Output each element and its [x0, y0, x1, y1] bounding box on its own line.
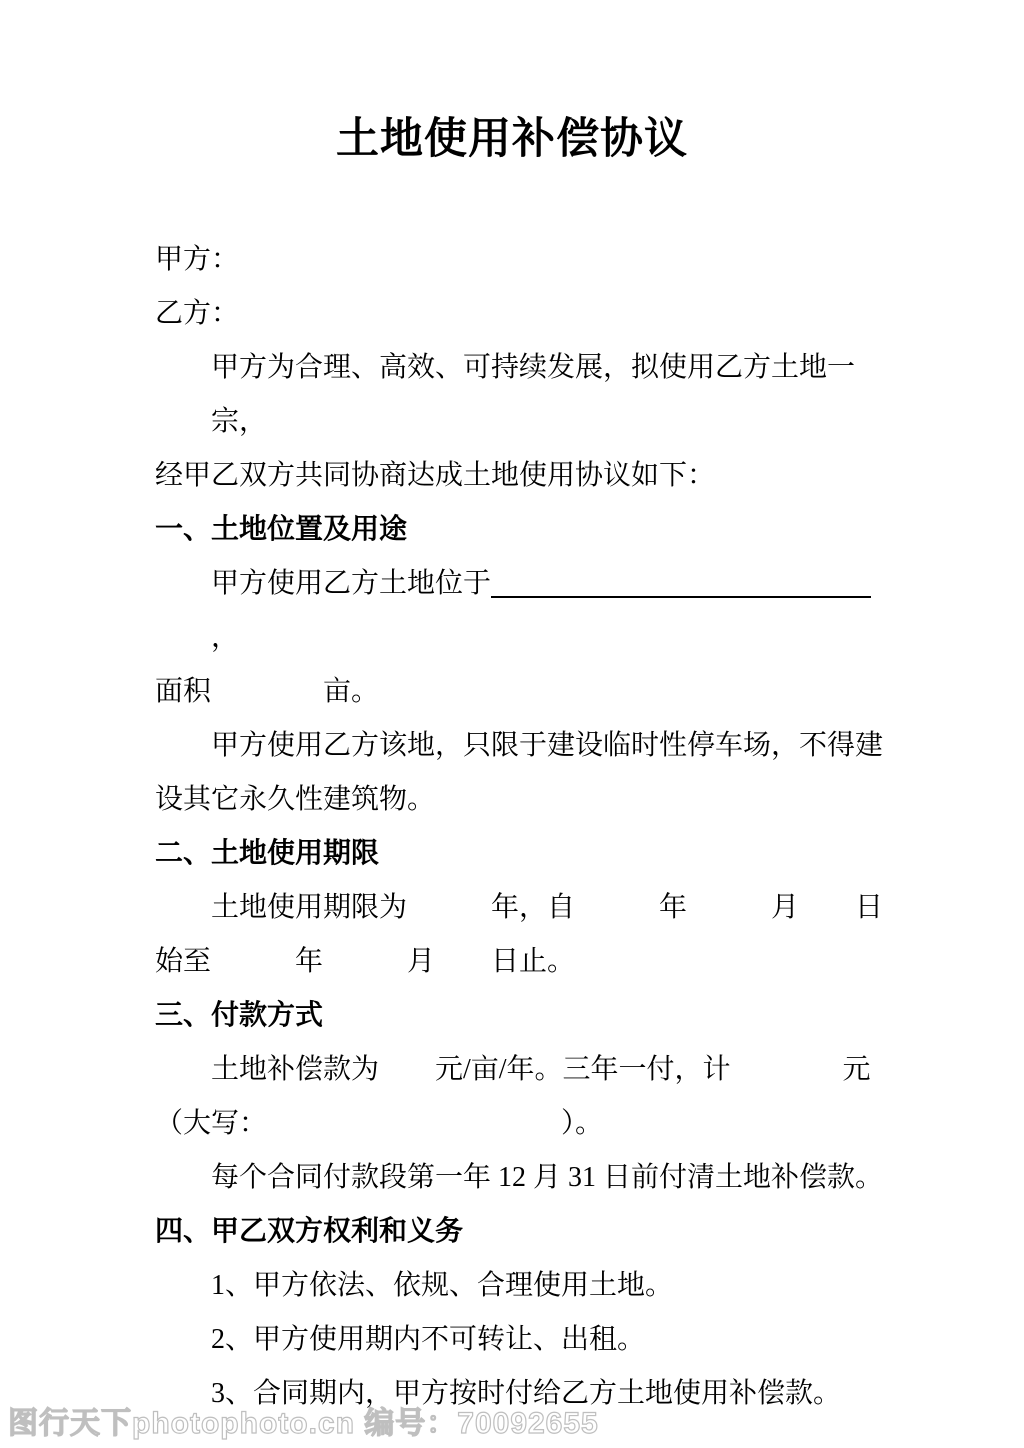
land-area-line: 面积 亩。 [155, 665, 885, 719]
land-use-restriction-line-1: 甲方使用乙方该地，只限于建设临时性停车场，不得建 [155, 719, 885, 773]
term-line-2: 始至 年 月 日止。 [155, 935, 885, 989]
payment-amount-capitals-line: （大写： ）。 [155, 1097, 885, 1151]
land-location-blank-underline [491, 568, 871, 598]
land-location-suffix: ， [211, 622, 239, 653]
section-1-heading: 一、土地位置及用途 [155, 503, 885, 557]
section-4-heading: 四、甲乙双方权利和义务 [155, 1205, 885, 1259]
section-3-heading: 三、付款方式 [155, 989, 885, 1043]
intro-line-1: 甲方为合理、高效、可持续发展，拟使用乙方土地一宗， [155, 341, 885, 449]
document-body: 甲方： 乙方： 甲方为合理、高效、可持续发展，拟使用乙方土地一宗， 经甲乙双方共… [155, 233, 885, 1421]
payment-deadline-line: 每个合同付款段第一年 12 月 31 日前付清土地补偿款。 [155, 1151, 885, 1205]
land-location-prefix: 甲方使用乙方土地位于 [211, 568, 491, 599]
watermark-text: 图行天下photophoto.cn 编号：70092655 [8, 1398, 599, 1442]
obligation-item-1: 1、甲方依法、依规、合理使用土地。 [155, 1259, 885, 1313]
obligation-item-2: 2、甲方使用期内不可转让、出租。 [155, 1313, 885, 1367]
party-a-label: 甲方： [155, 233, 885, 287]
party-b-label: 乙方： [155, 287, 885, 341]
payment-amount-line: 土地补偿款为 元/亩/年。三年一付，计 元 [155, 1043, 885, 1097]
document-page: 土地使用补偿协议 甲方： 乙方： 甲方为合理、高效、可持续发展，拟使用乙方土地一… [0, 0, 1024, 1448]
term-line-1: 土地使用期限为 年，自 年 月 日 [155, 881, 885, 935]
page-title: 土地使用补偿协议 [0, 108, 1024, 172]
land-location-line: 甲方使用乙方土地位于， [155, 557, 885, 665]
land-use-restriction-line-2: 设其它永久性建筑物。 [155, 773, 885, 827]
intro-line-2: 经甲乙双方共同协商达成土地使用协议如下： [155, 449, 885, 503]
section-2-heading: 二、土地使用期限 [155, 827, 885, 881]
